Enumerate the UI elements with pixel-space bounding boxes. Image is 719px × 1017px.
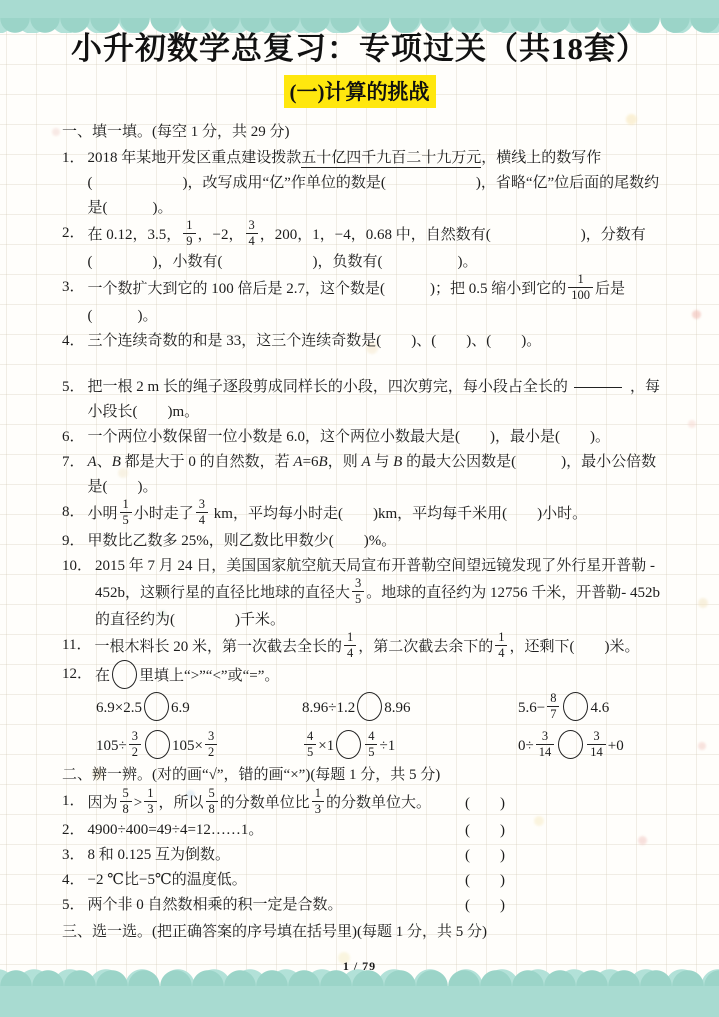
question-number: 5．: [62, 375, 85, 400]
question-text: 一个两位小数保留一位小数是 6.0，这个两位小数最大是( )，最小是( )。: [88, 425, 661, 450]
text-run: 小明: [88, 506, 118, 522]
comparison-expression: 6.9×2.56.9: [96, 694, 302, 723]
question-number: 6．: [62, 425, 85, 450]
question-number: 4．: [62, 868, 85, 893]
text-run: 8.96: [384, 700, 410, 716]
fraction-numerator: 3: [129, 730, 141, 745]
text-run: 8.96÷1.2: [302, 700, 355, 716]
question-text: 4900÷400=49÷4=12……1。: [88, 818, 483, 843]
comparison-circle: [336, 730, 361, 759]
fraction-denominator: 4: [196, 513, 208, 527]
question: 12．在里填上“>”“<”或“=”。6.9×2.56.98.96÷1.28.96…: [62, 662, 661, 761]
question: 11．一根木料长 20 米，第一次截去全长的14，第二次截去余下的14，还剩下(…: [62, 633, 661, 662]
question: 8．小明15小时走了34 km，平均每小时走( )km，平均每千米用( )小时。: [62, 500, 661, 529]
question-text: −2 ℃比−5℃的温度低。: [88, 868, 483, 893]
question: 5．把一根 2 m 长的绳子逐段剪成同样长的小段，四次剪完，每小段占全长的，每小…: [62, 375, 661, 425]
answer-parentheses: ( ): [465, 818, 505, 843]
fraction: 314: [536, 730, 555, 759]
fraction: 13: [144, 787, 156, 816]
question-line: 6．一个两位小数保留一位小数是 6.0，这个两位小数最大是( )，最小是( )。: [62, 425, 661, 450]
text-run: 与: [371, 454, 394, 470]
fraction-numerator: 1: [312, 787, 324, 802]
question-line: 2．4900÷400=49÷4=12……1。: [62, 818, 661, 843]
comparison-expression: 8.96÷1.28.96: [302, 694, 518, 723]
decorative-dot: [688, 420, 696, 428]
bottom-border-scallops: [0, 969, 719, 986]
top-border-decoration: [0, 0, 719, 33]
questions-area: 一、填一填。(每空 1 分，共 29 分)1．2018 年某地开发区重点建设拨款…: [62, 120, 661, 945]
fraction-numerator: 1: [495, 631, 507, 646]
question-text: 在里填上“>”“<”或“=”。: [95, 662, 661, 691]
section-heading: 一、填一填。(每空 1 分，共 29 分): [62, 120, 661, 145]
text-run: 、: [97, 454, 112, 470]
worksheet-page: 小升初数学总复习：专项过关（共18套） (一)计算的挑战 一、填一填。(每空 1…: [0, 0, 719, 1017]
fraction: 19: [183, 219, 195, 248]
section: 一、填一填。(每空 1 分，共 29 分)1．2018 年某地开发区重点建设拨款…: [62, 120, 661, 761]
question: 3．8 和 0.125 互为倒数。( ): [62, 843, 661, 868]
text-run: 4900÷400=49÷4=12……1。: [88, 822, 264, 838]
answer-parentheses: ( ): [465, 868, 505, 893]
fraction-denominator: 5: [120, 513, 132, 527]
question-line: 3．一个数扩大到它的 100 倍后是 2.7，这个数是( )；把 0.5 缩小到…: [62, 275, 661, 329]
text-run: 在 0.12，3.5，: [88, 227, 182, 243]
question-line: 8．小明15小时走了34 km，平均每小时走( )km，平均每千米用( )小时。: [62, 500, 661, 529]
fraction-denominator: 8: [206, 802, 218, 816]
bottom-border-bar: [0, 986, 719, 1017]
comparison-circle: [145, 730, 170, 759]
fraction: 45: [365, 730, 377, 759]
question: 7．A、B 都是大于 0 的自然数，若 A=6B，则 A 与 B 的最大公因数是…: [62, 450, 661, 500]
text-run: −2 ℃比−5℃的温度低。: [88, 872, 247, 888]
text-run: =6: [303, 454, 319, 470]
text-run: 105÷: [96, 738, 127, 754]
text-run: 105×: [172, 738, 203, 754]
question-text: 2018 年某地开发区重点建设拨款五十亿四千九百二十九万元，横线上的数写作( )…: [88, 146, 661, 221]
question: 1．2018 年某地开发区重点建设拨款五十亿四千九百二十九万元，横线上的数写作(…: [62, 146, 661, 221]
section-heading: 二、辨一辨。(对的画“√”，错的画“×”)(每题 1 分，共 5 分): [62, 763, 661, 788]
subtitle-highlight: (一)计算的挑战: [284, 75, 436, 108]
fraction: 15: [120, 498, 132, 527]
answer-parentheses: ( ): [465, 843, 505, 868]
question-line: 5．两个非 0 自然数相乘的积一定是合数。: [62, 893, 661, 918]
text-run: 把一根 2 m 长的绳子逐段剪成同样长的小段，四次剪完，每小段占全长的: [88, 379, 568, 395]
fraction: 87: [547, 692, 559, 721]
decorative-dot: [698, 598, 708, 608]
page-title: 小升初数学总复习：专项过关（共18套）: [20, 30, 699, 68]
question: 2．在 0.12，3.5，19，−2，34，200，1，−4，0.68 中，自然…: [62, 221, 661, 275]
section: 三、选一选。(把正确答案的序号填在括号里)(每题 1 分，共 5 分): [62, 920, 661, 945]
question-text: 一根木料长 20 米，第一次截去全长的14，第二次截去余下的14，还剩下( )米…: [94, 633, 661, 662]
comparison-circle: [112, 660, 137, 689]
fraction: 34: [196, 498, 208, 527]
italic-variable: B: [393, 454, 402, 470]
text-run: 一个两位小数保留一位小数是 6.0，这个两位小数最大是( )，最小是( )。: [88, 429, 610, 445]
comparison-grid: 6.9×2.56.98.96÷1.28.965.6−874.6105÷32105…: [96, 694, 661, 761]
answer-parentheses: ( ): [465, 893, 505, 918]
question-text: 三个连续奇数的和是 33，这三个连续奇数是( )、( )、( )。: [88, 329, 661, 354]
fraction: 35: [352, 577, 364, 606]
text-run: 一根木料长 20 米，第一次截去全长的: [94, 639, 342, 655]
comparison-expression: 45×145÷1: [302, 732, 518, 761]
text-run: 都是大于 0 的自然数，若: [121, 454, 294, 470]
section: 二、辨一辨。(对的画“√”，错的画“×”)(每题 1 分，共 5 分)1．因为5…: [62, 763, 661, 918]
fraction-numerator: 3: [352, 577, 364, 592]
text-run: 6.9: [171, 700, 190, 716]
italic-variable: A: [88, 454, 97, 470]
question-line: 9．甲数比乙数多 25%，则乙数比甲数少( )%。: [62, 529, 661, 554]
fraction-denominator: 14: [587, 745, 606, 759]
text-run: ，还剩下( )米。: [509, 639, 639, 655]
fraction-denominator: 7: [547, 707, 559, 721]
comparison-circle: [357, 692, 382, 721]
text-run: ，第二次截去余下的: [358, 639, 493, 655]
fraction-numerator: 3: [196, 498, 208, 513]
fraction-denominator: 5: [365, 745, 377, 759]
question-text: 一个数扩大到它的 100 倍后是 2.7，这个数是( )；把 0.5 缩小到它的…: [88, 275, 661, 329]
fraction-denominator: 9: [183, 234, 195, 248]
fraction-denominator: 4: [495, 646, 507, 660]
top-border-bar: [0, 0, 719, 18]
italic-variable: A: [293, 454, 302, 470]
fraction: 314: [587, 730, 606, 759]
question-line: 7．A、B 都是大于 0 的自然数，若 A=6B，则 A 与 B 的最大公因数是…: [62, 450, 661, 500]
question: 3．一个数扩大到它的 100 倍后是 2.7，这个数是( )；把 0.5 缩小到…: [62, 275, 661, 329]
question: 1．因为58>13，所以58的分数单位比13的分数单位大。( ): [62, 789, 661, 818]
fraction-denominator: 8: [120, 802, 132, 816]
fraction-denominator: 2: [205, 745, 217, 759]
question-text: 因为58>13，所以58的分数单位比13的分数单位大。: [88, 789, 483, 818]
fraction-blank-line: [574, 387, 622, 388]
fraction-denominator: 4: [344, 646, 356, 660]
fraction-denominator: 3: [144, 802, 156, 816]
text-run: 2018 年某地开发区重点建设拨款: [88, 150, 302, 166]
question-number: 5．: [62, 893, 85, 918]
question-text: 把一根 2 m 长的绳子逐段剪成同样长的小段，四次剪完，每小段占全长的，每小段长…: [88, 375, 661, 425]
question-text: 2015 年 7 月 24 日，美国国家航空航天局宣布开普勒空间望远镜发现了外行…: [95, 554, 661, 633]
question-text: 8 和 0.125 互为倒数。: [88, 843, 483, 868]
subtitle-row: (一)计算的挑战: [0, 75, 719, 108]
text-run: 的分数单位比: [220, 795, 310, 811]
question-number: 2．: [62, 818, 85, 843]
text-run: 小时走了: [134, 506, 194, 522]
question-number: 10．: [62, 554, 92, 579]
fraction-denominator: 2: [129, 745, 141, 759]
question: 4．−2 ℃比−5℃的温度低。( ): [62, 868, 661, 893]
italic-variable: B: [319, 454, 328, 470]
comparison-circle: [144, 692, 169, 721]
fraction-numerator: 1: [144, 787, 156, 802]
text-run: 5.6−: [518, 700, 545, 716]
text-run: ，所以: [159, 795, 204, 811]
text-run: ×1: [318, 738, 334, 754]
text-run: 里填上“>”“<”或“=”。: [139, 668, 279, 684]
fraction-numerator: 3: [205, 730, 217, 745]
decorative-dot: [52, 128, 60, 136]
fraction: 32: [205, 730, 217, 759]
fraction-numerator: 1: [568, 273, 593, 288]
question-text: A、B 都是大于 0 的自然数，若 A=6B，则 A 与 B 的最大公因数是( …: [88, 450, 661, 500]
question-number: 12．: [62, 662, 92, 687]
question-text: 两个非 0 自然数相乘的积一定是合数。: [88, 893, 483, 918]
text-run: 6.9×2.5: [96, 700, 142, 716]
text-run: 0÷: [518, 738, 534, 754]
text-run: >: [134, 795, 142, 811]
question-line: 11．一根木料长 20 米，第一次截去全长的14，第二次截去余下的14，还剩下(…: [62, 633, 661, 662]
decorative-dot: [698, 742, 706, 750]
fraction-numerator: 1: [120, 498, 132, 513]
fraction-numerator: 8: [547, 692, 559, 707]
fraction: 1100: [568, 273, 593, 302]
fraction: 14: [344, 631, 356, 660]
question: 6．一个两位小数保留一位小数是 6.0，这个两位小数最大是( )，最小是( )。: [62, 425, 661, 450]
question-number: 2．: [62, 221, 85, 246]
question-line: 4．三个连续奇数的和是 33，这三个连续奇数是( )、( )、( )。: [62, 329, 661, 354]
question-line: 1．因为58>13，所以58的分数单位比13的分数单位大。: [62, 789, 661, 818]
fraction: 14: [495, 631, 507, 660]
question-line: 3．8 和 0.125 互为倒数。: [62, 843, 661, 868]
question-number: 7．: [62, 450, 85, 475]
question-number: 9．: [62, 529, 85, 554]
question-line: 10．2015 年 7 月 24 日，美国国家航空航天局宣布开普勒空间望远镜发现…: [62, 554, 661, 633]
top-border-scallops: [0, 18, 719, 33]
fraction-denominator: 5: [352, 592, 364, 606]
question-text: 甲数比乙数多 25%，则乙数比甲数少( )%。: [88, 529, 661, 554]
fraction-numerator: 1: [344, 631, 356, 646]
question-number: 3．: [62, 843, 85, 868]
question: 2．4900÷400=49÷4=12……1。( ): [62, 818, 661, 843]
text-run: 一个数扩大到它的 100 倍后是 2.7，这个数是( )；把 0.5 缩小到它的: [88, 281, 567, 297]
question-number: 1．: [62, 789, 85, 814]
fraction: 45: [304, 730, 316, 759]
fraction: 34: [246, 219, 258, 248]
question: 5．两个非 0 自然数相乘的积一定是合数。( ): [62, 893, 661, 918]
underlined-text: 五十亿四千九百二十九万元: [301, 150, 481, 168]
comparison-expression: 0÷314314+0: [518, 732, 661, 761]
italic-variable: B: [112, 454, 121, 470]
question-number: 3．: [62, 275, 85, 300]
question-line: 12．在里填上“>”“<”或“=”。: [62, 662, 661, 691]
text-run: ，则: [328, 454, 362, 470]
question-line: 2．在 0.12，3.5，19，−2，34，200，1，−4，0.68 中，自然…: [62, 221, 661, 275]
text-run: 4.6: [590, 700, 609, 716]
fraction-denominator: 3: [312, 802, 324, 816]
text-run: ÷1: [379, 738, 395, 754]
text-run: 的分数单位大。: [326, 795, 431, 811]
fraction-denominator: 4: [246, 234, 258, 248]
text-run: +0: [608, 738, 624, 754]
question: 4．三个连续奇数的和是 33，这三个连续奇数是( )、( )、( )。: [62, 329, 661, 354]
question-number: 4．: [62, 329, 85, 354]
fraction: 13: [312, 787, 324, 816]
fraction-numerator: 3: [246, 219, 258, 234]
fraction-numerator: 3: [536, 730, 555, 745]
fraction: 32: [129, 730, 141, 759]
question-number: 1．: [62, 146, 85, 171]
fraction-denominator: 100: [568, 288, 593, 302]
question: 10．2015 年 7 月 24 日，美国国家航空航天局宣布开普勒空间望远镜发现…: [62, 554, 661, 633]
fraction-denominator: 14: [536, 745, 555, 759]
question: 9．甲数比乙数多 25%，则乙数比甲数少( )%。: [62, 529, 661, 554]
question-number: 8．: [62, 500, 85, 525]
text-run: ，−2，: [198, 227, 244, 243]
fraction: 58: [120, 787, 132, 816]
fraction-numerator: 5: [120, 787, 132, 802]
question-number: 11．: [62, 633, 91, 658]
fraction: 58: [206, 787, 218, 816]
fraction-numerator: 4: [304, 730, 316, 745]
question-line: 1．2018 年某地开发区重点建设拨款五十亿四千九百二十九万元，横线上的数写作(…: [62, 146, 661, 221]
text-run: 8 和 0.125 互为倒数。: [88, 847, 231, 863]
decorative-dot: [692, 310, 701, 319]
section-heading: 三、选一选。(把正确答案的序号填在括号里)(每题 1 分，共 5 分): [62, 920, 661, 945]
fraction-numerator: 4: [365, 730, 377, 745]
text-run: km，平均每小时走( )km，平均每千米用( )小时。: [210, 506, 587, 522]
italic-variable: A: [361, 454, 370, 470]
question-line: 4．−2 ℃比−5℃的温度低。: [62, 868, 661, 893]
comparison-expression: 5.6−874.6: [518, 694, 661, 723]
bottom-border-decoration: [0, 969, 719, 1017]
fraction-numerator: 1: [183, 219, 195, 234]
text-run: 两个非 0 自然数相乘的积一定是合数。: [88, 897, 343, 913]
text-run: 甲数比乙数多 25%，则乙数比甲数少( )%。: [88, 533, 397, 549]
comparison-expression: 105÷32105×32: [96, 732, 302, 761]
fraction-numerator: 5: [206, 787, 218, 802]
comparison-circle: [558, 730, 583, 759]
text-run: 三个连续奇数的和是 33，这三个连续奇数是( )、( )、( )。: [88, 333, 542, 349]
fraction-denominator: 5: [304, 745, 316, 759]
question-line: 5．把一根 2 m 长的绳子逐段剪成同样长的小段，四次剪完，每小段占全长的，每小…: [62, 375, 661, 425]
question-text: 在 0.12，3.5，19，−2，34，200，1，−4，0.68 中，自然数有…: [88, 221, 661, 275]
text-run: 在: [95, 668, 110, 684]
text-run: 因为: [88, 795, 118, 811]
answer-parentheses: ( ): [465, 791, 505, 816]
comparison-circle: [563, 692, 588, 721]
question-text: 小明15小时走了34 km，平均每小时走( )km，平均每千米用( )小时。: [88, 500, 661, 529]
fraction-numerator: 3: [587, 730, 606, 745]
